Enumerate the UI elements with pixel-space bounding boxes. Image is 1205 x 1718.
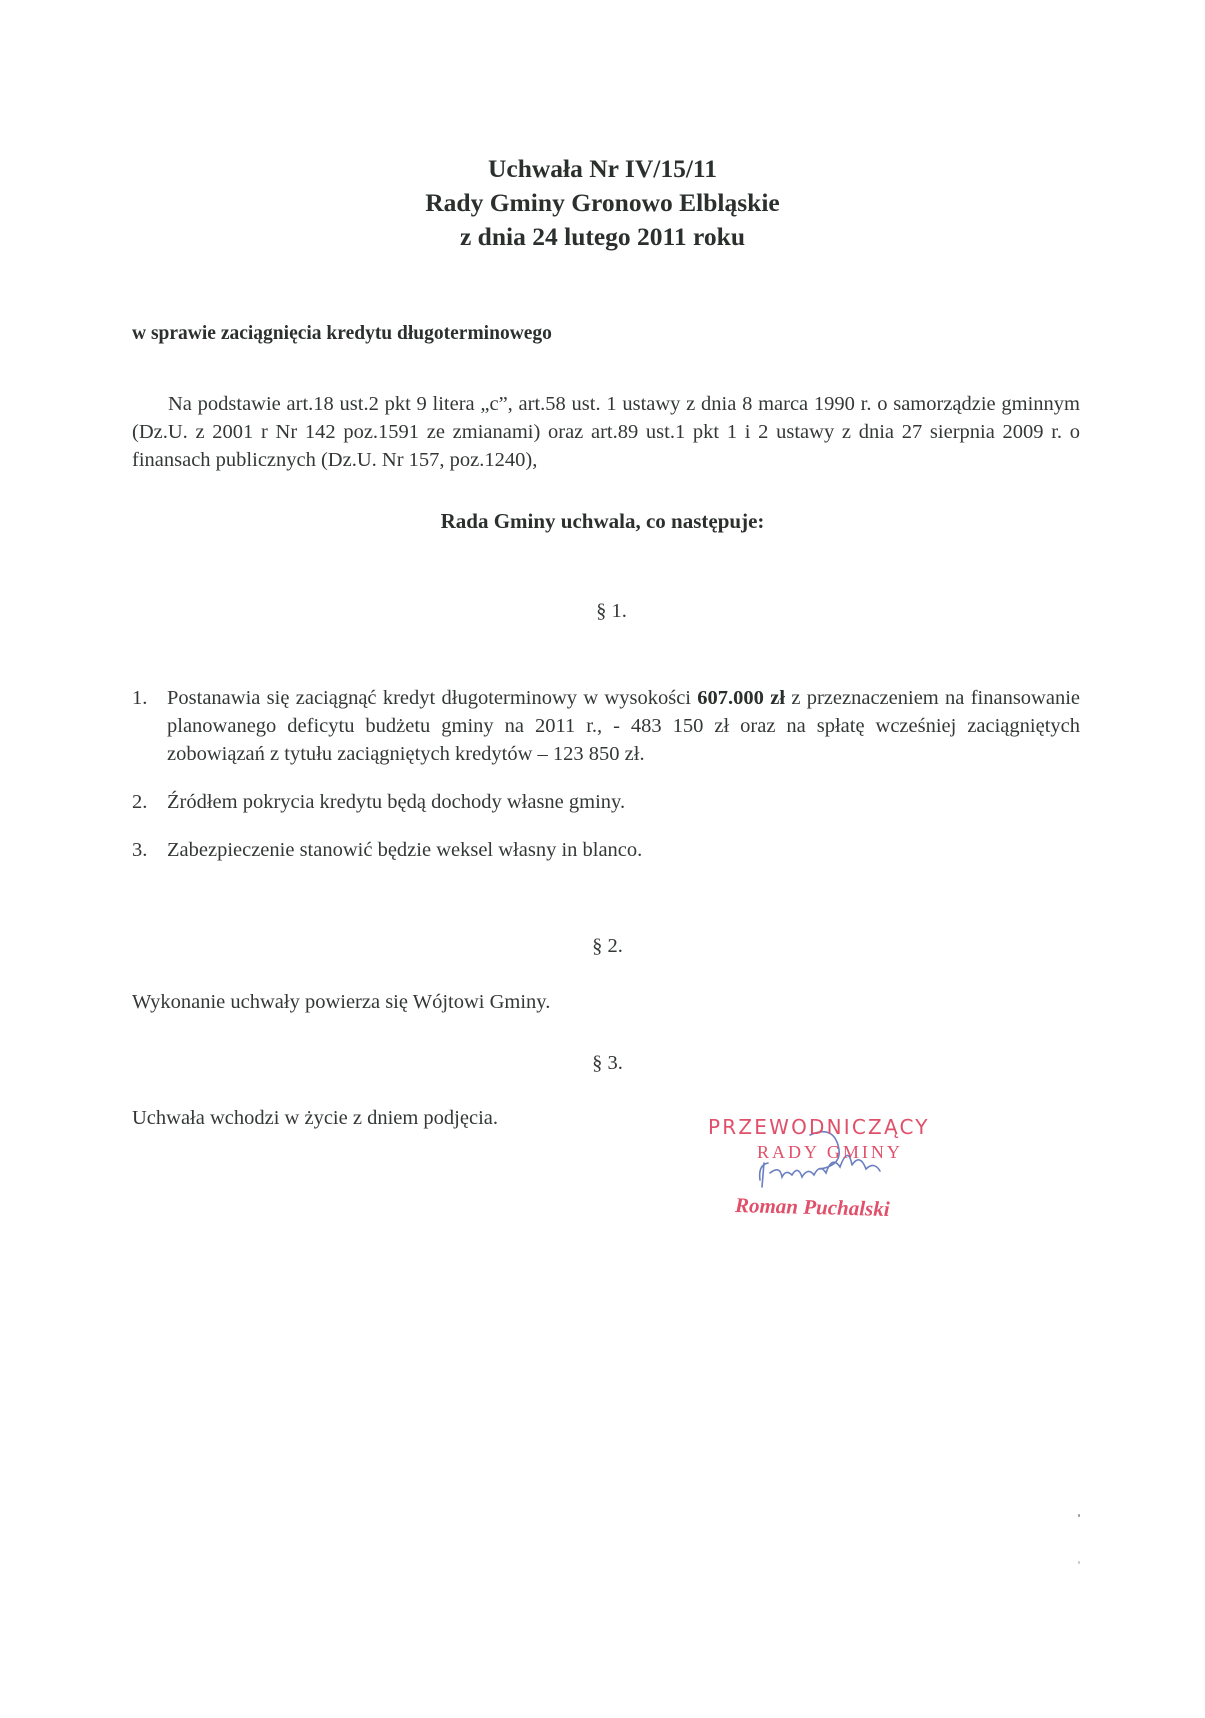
stamp-title: PRZEWODNICZĄCY (708, 1115, 930, 1139)
list-item: 3. Zabezpieczenie stanowić będzie weksel… (132, 836, 1080, 864)
point-text: Zabezpieczenie stanowić będzie weksel wł… (167, 836, 1080, 864)
resolution-number: Uchwała Nr IV/15/11 (0, 152, 1205, 186)
scan-speck (1078, 1514, 1080, 1517)
point-text: Źródłem pokrycia kredytu będą dochody wł… (167, 788, 1080, 816)
resolution-date: z dnia 24 lutego 2011 roku (0, 220, 1205, 254)
chairman-stamp: PRZEWODNICZĄCY RADY GMINY Roman Puchalsk… (700, 1115, 1000, 1235)
section-2-text: Wykonanie uchwały powierza się Wójtowi G… (132, 991, 550, 1014)
stamp-signatory-name: Roman Puchalski (735, 1193, 890, 1222)
point-number: 3. (132, 836, 167, 864)
section-1-points: 1. Postanawia się zaciągnąć kredyt długo… (132, 684, 1080, 884)
section-1-mark: § 1. (0, 600, 1205, 623)
point-text: Postanawia się zaciągnąć kredyt długoter… (167, 684, 1080, 768)
legal-basis-paragraph: Na podstawie art.18 ust.2 pkt 9 litera „… (132, 390, 1080, 474)
scan-speck (1078, 1561, 1080, 1564)
credit-amount: 607.000 zł (697, 687, 785, 709)
resolution-title: Uchwała Nr IV/15/11 Rady Gminy Gronowo E… (0, 152, 1205, 254)
point-text-before: Postanawia się zaciągnąć kredyt długoter… (167, 687, 697, 709)
section-3-text: Uchwała wchodzi w życie z dniem podjęcia… (132, 1107, 498, 1130)
point-number: 2. (132, 788, 167, 816)
section-3-mark: § 3. (0, 1052, 1205, 1075)
list-item: 1. Postanawia się zaciągnąć kredyt długo… (132, 684, 1080, 768)
scanned-document-page: Uchwała Nr IV/15/11 Rady Gminy Gronowo E… (0, 0, 1205, 1718)
stamp-council: RADY GMINY (757, 1142, 903, 1163)
list-item: 2. Źródłem pokrycia kredytu będą dochody… (132, 788, 1080, 816)
resolution-subject: w sprawie zaciągnięcia kredytu długoterm… (132, 323, 552, 345)
section-2-mark: § 2. (0, 935, 1205, 958)
point-number: 1. (132, 684, 167, 768)
council-name: Rady Gminy Gronowo Elbląskie (0, 186, 1205, 220)
resolves-heading: Rada Gminy uchwala, co następuje: (0, 509, 1205, 534)
